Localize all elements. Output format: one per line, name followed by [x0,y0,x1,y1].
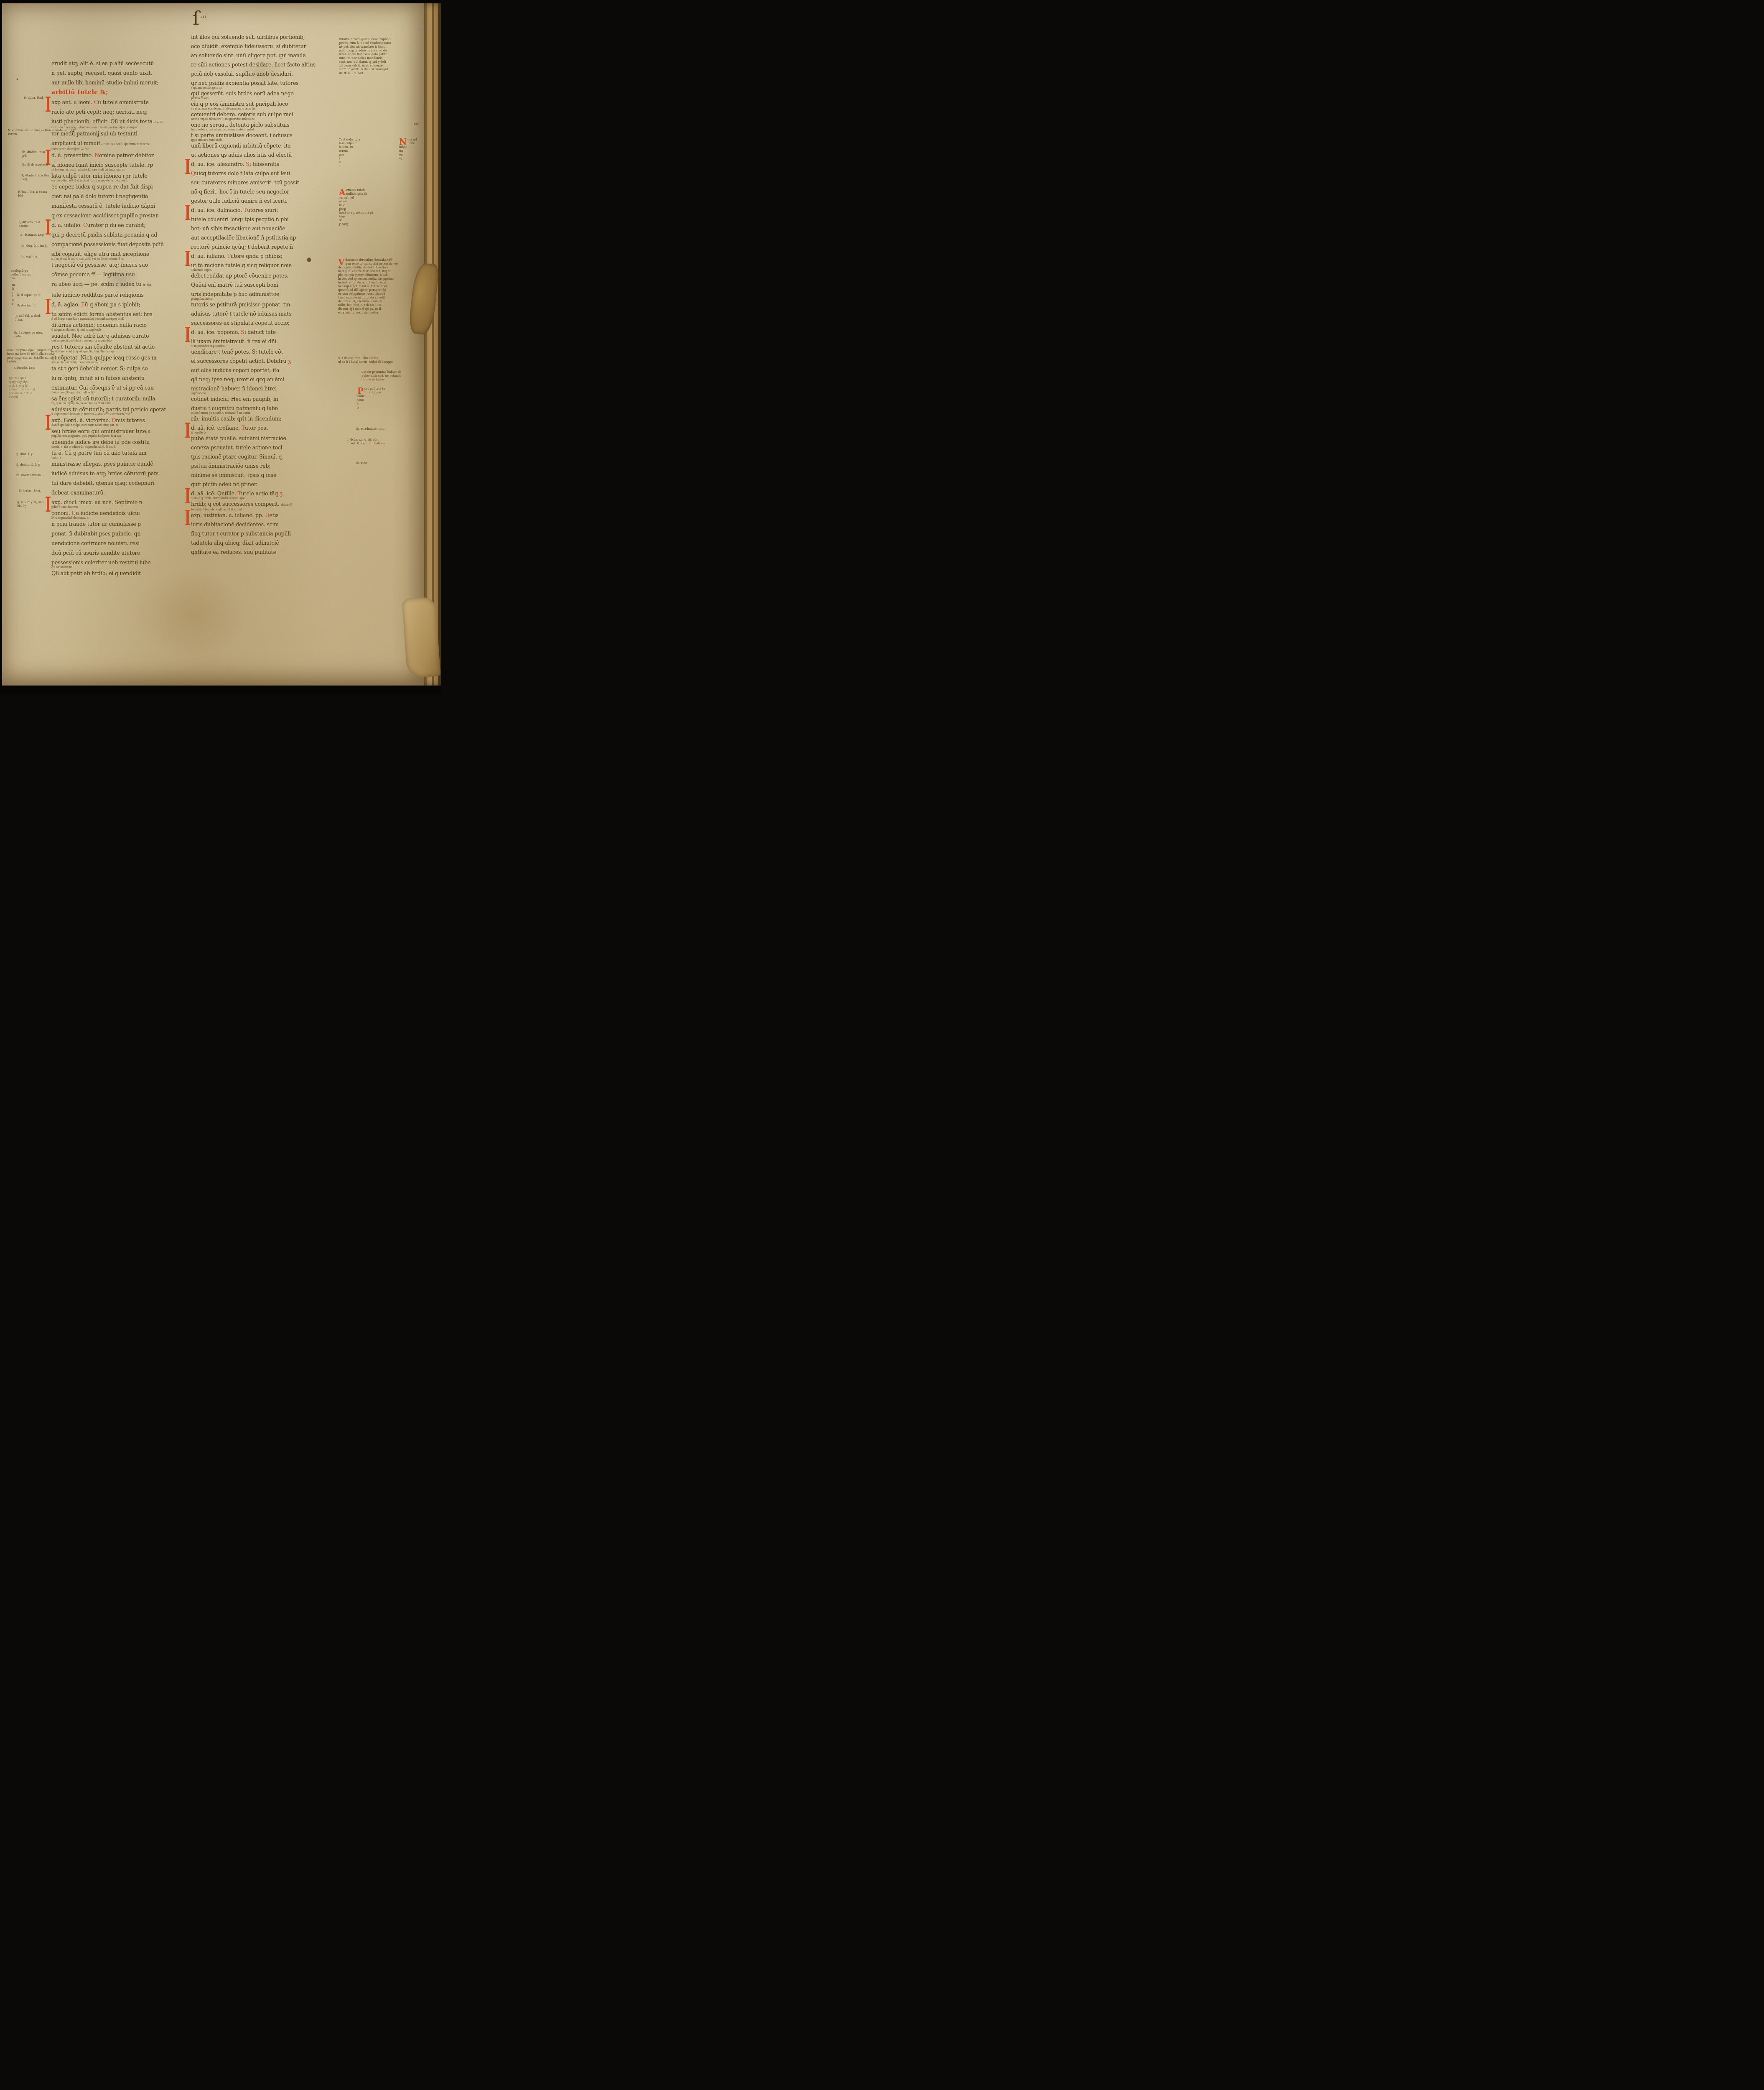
marginal-gloss: s. ferudo. Leo; [14,366,53,370]
marginal-gloss: Actionis tutele nullam tpis de cernat ue… [339,189,393,226]
text-line: cier. nsi palā dolo tutorū t negligentia [51,191,193,201]
text-line: Iaxp̄ ant. ā leoni. Cū tutele āministrat… [51,97,193,107]
interlinear-gloss: tur. postea r. q n̄ ad m nistrauer; n̄ u… [191,128,340,131]
gloss-initial: N [399,138,407,145]
marginal-gloss: S; dplia. Rad. [24,96,61,100]
marginal-gloss: th; dug. q̄ s. tm q̄. [21,244,61,248]
interlinear-gloss: ut lo rem. uī. qcq8. ul sote hlī cau n̄ … [51,168,193,171]
interlinear-gloss: d adquirenda hed. q̄ hed. s pap lorib; [51,328,193,331]
marginal-gloss: h: d sepul. ut. t: [17,293,57,297]
text-line: Q8 aūt petit ab hrdib; ei q uendidit [51,568,193,578]
text-line: Id. ā. presentino. Nomina patnor debitor [51,150,193,160]
gloss-initial: P [357,387,364,395]
red-initial: N [94,152,99,158]
text-line: rectorē puincie qcūq; t deberit repete n… [191,242,340,252]
text-line: Quicq tutores dolo t lata culpa aut leui [191,169,340,178]
text-line: bet; un̄ sibis tnsactione aut nouaciōe [191,224,340,233]
marginal-gloss: th; S: dsuspetecti [22,163,62,167]
text-line: cōtinet indiciū; Hec enī paupib; in [191,395,340,404]
interlinear-gloss: seu nich geri debuit. erat ab sente. ta [51,361,193,364]
marginal-gloss: F. dsol. the. S suina Jdd. [18,190,66,198]
text-line: uendicare t tenē potes. S; tutele cōt [191,347,340,357]
interlinear-gloss: qui suspecti postulari p ossent. ta q̄ g… [51,339,193,342]
red-initial: T [244,207,247,213]
interlinear-gloss: p stipulationem [191,297,340,301]
red-initial: O [112,417,116,423]
text-line: pubē etate puelle. suināmi nistraciōe [191,434,340,443]
text-line: Id. aā. icē. dalmacio. Tutores siuri; [191,206,340,215]
decorated-long-s: ſuii [193,11,207,25]
text-line: iuris dubitacionē decidentes. scim [191,520,340,529]
red-initial: S [241,329,244,335]
interlinear-gloss: s era p q̄ hrdib; distra hrdū actione. q… [191,497,340,500]
marginal-gloss: th. dadmo tutela [16,474,58,477]
marginal-gloss: S; dre iud. L. [17,304,55,308]
text-line: uendicionē cōfirmare noluisti. resi [51,538,193,548]
text-line: psitua āministraciōe unise reb; [191,461,340,471]
text-line: pciū nob exsolui. supfluo anob desidari. [191,69,340,79]
text-line: q8 neq; ipse neq; uxor ei qcq an āmi [191,375,340,384]
interlinear-gloss: he rediū t ten utere q8 ps. ut ff. e cle… [191,508,340,511]
interlinear-gloss: s quiam uendit gest m; [191,86,340,89]
marginal-gloss: S. t dolosa tutol. dm aiōtās ul se ū ī h… [338,357,430,364]
text-line: ee ceper. iudex q supea re dat fuit disp… [51,182,193,191]
interlinear-gloss: luisse erat. diuulgare — tur. [51,148,193,151]
text-line: n̄ pciū fraude tutor ur cumulasse p [51,519,193,529]
text-line: Iaxp̄. iustinian. ā. iuliano. pp. Uetis [191,511,340,520]
interlinear-gloss: tu; gele im d pupillū; uereditor es di u… [51,402,193,405]
text-line: t negociū eū gessisse. atq; inusus suo [51,260,193,270]
text-line: q ex cessacione accidisset pupillo prest… [51,211,193,220]
interlinear-gloss: stratus. que eos deder. t fideiussores. … [191,107,340,110]
marginal-gloss: Pnulegiū pu pollend instar ma [10,269,50,280]
manuscript-photo: 99 erudit atq; alit ē. si ea p aliū secō… [0,0,441,695]
marginal-gloss: s; dttucio. pud. Stuiro [19,221,61,228]
text-line: aut acceptilaciōe libacionē n̄ pstitisti… [191,233,340,242]
marginal-gloss: S; loatas. Sicū. [19,489,61,493]
text-line: manifesta cessatū ē. tutele iudicio dāpn… [51,201,193,211]
red-initial: I [185,489,188,505]
red-initial: E [81,301,85,308]
text-line: iudicē aduisus te atq; hrdes cōtutorū pa… [51,469,193,478]
folded-corner [402,596,440,678]
text-line: re sibi actiones potest desidare. licet … [191,60,340,69]
text-column-right: ſuiiint illos qui soluendo sūt. uirilibu… [191,33,340,557]
marginal-gloss: fj. dtut. l. y. [16,453,54,456]
interlinear-gloss: tuxorem inactura; uetuxt uxorem. t nesta… [51,126,193,129]
interlinear-gloss: ēq tōe pdior. utt ff. d āmi. st. tutor q… [51,179,193,182]
marginal-gloss: fj. debitu ul. l. y. [16,463,58,467]
text-line: debet reddat ap ptorē cōuenire potes. [191,271,340,280]
red-initial: I [45,415,49,431]
red-initial: U [265,512,269,518]
marginal-gloss: Igattes q8 n- lpsty asy. dy? mol. t. y. … [9,377,63,399]
text-line: ficq tutor t curator p substancia pupill… [191,529,340,538]
red-initial: C [94,99,98,105]
text-line: successores ex stipulatu cōpetit accio; [191,319,340,328]
text-line: aut aliis indiciis cōpari oportet; itā [191,366,340,375]
marginal-gloss: Set ibi psunmtas habuit de pube; uicā sp… [361,370,430,382]
text-line: qntitatē eā reduces. suū puilitate [191,548,340,557]
text-line: seu curatores minores amiserit. tcū poss… [191,178,340,187]
red-initial: T [238,490,241,497]
red-initial: ʒ [278,490,283,497]
text-line: tele iudicio redditus partē religionis [51,290,193,300]
text-line: Id. ā. uitalio. Curator p dū ee curabit; [51,220,193,230]
text-line: acō diuidit. exemplo fideiussorū. si dub… [191,42,340,51]
interlinear-gloss: tutela. s; illa credito rib; stipendia a… [51,445,193,449]
interlinear-gloss: ippo sita act. tute uteli. [191,138,340,142]
parchment-page: 99 erudit atq; alit ē. si ea p aliū secō… [2,3,426,686]
red-initial: C [83,222,87,228]
text-line: an soluendo sint. unū eligere pot. qui m… [191,51,340,60]
marginal-gloss: Nreo filius erat d mor — tum laudatē lie… [8,129,81,136]
interlinear-gloss: soluenda supst. [191,268,340,272]
text-line: ra abeo acci — pe. scdm q iudex tu ft. d… [51,279,193,290]
interlinear-gloss: lo abstinere. ut ff. q sd spectis. l. in… [51,350,193,353]
interlinear-gloss: pdiorū sine decreto [51,505,193,509]
interlinear-gloss: it pupille b [191,431,340,434]
book-page-edges [424,3,441,686]
text-line: Id. ā. aglao. Eū q aboni pa s iplebit; [51,300,193,309]
text-line: aut nullo libi hominū studio imbui merui… [51,78,193,87]
gloss-initial: A [339,189,346,196]
interlinear-gloss: lē; s imptabilitē decernio. e. [51,516,193,520]
text-line: gestor utile iudiciū uenire n̄ est icert… [191,196,340,206]
marginal-gloss: th. eclu [356,461,381,465]
text-line: ut actiones qs aduis alios htis ad elect… [191,150,340,160]
text-line: tadutela aliq ubicq; dixit adinatoiē [191,538,340,548]
interlinear-gloss: datur. q8 dolo t culpa cura toris abste … [51,423,193,427]
text-line: tpis racionē ptare cogitur. Sinauī. q. [191,452,340,461]
text-line: ponat. n̄ dubitabit pses puincie. qn [51,529,193,538]
interlinear-gloss: uator a [51,456,193,459]
marginal-gloss: tutoris. t excoi gestu. condempnat' psti… [339,38,429,75]
text-line: cōmse pecunie ff — legitima usu [51,270,193,279]
stain [127,568,253,660]
gloss-initial: V [338,258,345,266]
text-line: minime se immiscuit. tpsis q inse [191,471,340,480]
text-line: Id. aā. icē. pōponio. Si defūct tute [191,328,340,337]
interlinear-gloss: s. āq8 rationi bonorū. p tutores — deo e… [51,413,193,416]
text-line: n̄ pet. suptq; recuset. quasi uento uixi… [51,68,193,78]
marginal-gloss: S; dtcuiuis. Leg; [20,233,60,237]
red-initial: S [246,161,249,167]
text-line: Id. aā. iuliano. Tutorē qndā p phibis; [191,252,340,261]
text-line: unū liberū expiendi arbitriū cōpete. ita [191,141,340,150]
marginal-gloss: ※ [16,78,33,82]
red-initial: C [72,510,76,516]
marginal-gloss: Post pubtate tu tore. tutele iudici tene… [357,387,395,410]
text-line: debeat examinaturū. [51,488,193,497]
text-line: quit pictm adeū nō ptiner. [191,480,340,489]
text-line: el successores cōpetit actiot. Debitrū ʒ [191,357,340,366]
marginal-gloss: I. dcūs. xii. q. iii. qōr. I. aut. 8 ccā… [347,438,414,446]
text-line: aduisus tutorē t tutele nō aduisus mats [191,309,340,319]
red-initial: T [242,425,245,431]
text-column-left: erudit atq; alit ē. si ea p aliū secōsec… [51,59,193,578]
text-line: lū m qntq; infuit ei n̄ fuisse abstentū [51,373,193,383]
interlinear-gloss: postea m agi [191,97,340,100]
marginal-gloss: th; dtadmi. tusi. Jrū [22,150,62,158]
red-initial: I [185,206,188,221]
text-line: tutoris se pstiturā pmisisse pponat. tm [191,300,340,309]
interlinear-gloss: bonis uenditis patri s. uult actio [51,391,193,394]
red-initial: T [227,253,230,259]
text-line: tutele cōueniri longi tpis pscptio n̄ ph… [191,215,340,224]
text-line: tui dare debebit. qtenus qisq; cōdēpnari [51,478,193,488]
interlinear-gloss: s n̄ agat utt le m r d cm. ut ff. e n̄ e… [51,257,193,260]
text-line: Id. aā. icē. alexandro. Si tuisseratis [191,160,340,169]
interlinear-gloss: si in possides si possides [191,344,340,348]
interlinear-gloss: exphacione [191,392,340,395]
text-line: erudit atq; alit ē. si ea p aliū secōsec… [51,59,193,68]
text-line: duū pciū cū usuris uendite atutore [51,548,193,558]
interlinear-gloss: qsi āministratis [51,566,193,569]
text-line: qui p decretū psidis sublata pecunia q a… [51,230,193,240]
text-line: ta st t geri debebit uenier. S; culpa so [51,364,193,373]
interlinear-gloss: n̄ cū lobus sunt his s rastatulbo pecuni… [51,317,193,321]
red-initial: I [185,160,188,175]
marginal-gloss: Tant dolū. q̄ la tam culpā. r leuem. tu … [339,138,368,168]
text-line: racio ate peti cepit: neq; ueritati neq; [51,107,193,117]
interlinear-gloss: uteris expsis tdonears ē; magistratus nt… [191,117,340,121]
text-line: rib; imultis casib; qrit in dicendum; [191,414,340,423]
interlinear-gloss: ctuticū uites po n ierē. t. testatur n̄ … [191,411,340,415]
marginal-gloss: th. f anego. ge utor. s ute. [14,331,58,339]
text-line: compacionē possessionis fuat deposita pd… [51,240,193,249]
text-line: nō q fierit. hoc ī in tutele seu negocio… [191,187,340,196]
marginal-gloss: th. et admiute. Iuto. [356,427,406,431]
text-line: conexa pseuaiut. tutele actione tocl [191,443,340,452]
text-line: Quāui enī matrē tuā suscepti boni [191,280,340,290]
marginal-gloss: Nota qd uotie mhec ita en e; [399,138,424,161]
interlinear-gloss: pupillo rem ipugnare. que pupillo n̄ cōp… [51,434,193,438]
rubric-heading: arbitiū tutele ℞; [51,87,193,97]
text-line: ministrasse allegas. pses puincie eundē [51,459,193,469]
red-initial: ʒ [286,358,291,364]
text-line: int illos qui soluendo sūt. uirilibus po… [191,33,340,42]
